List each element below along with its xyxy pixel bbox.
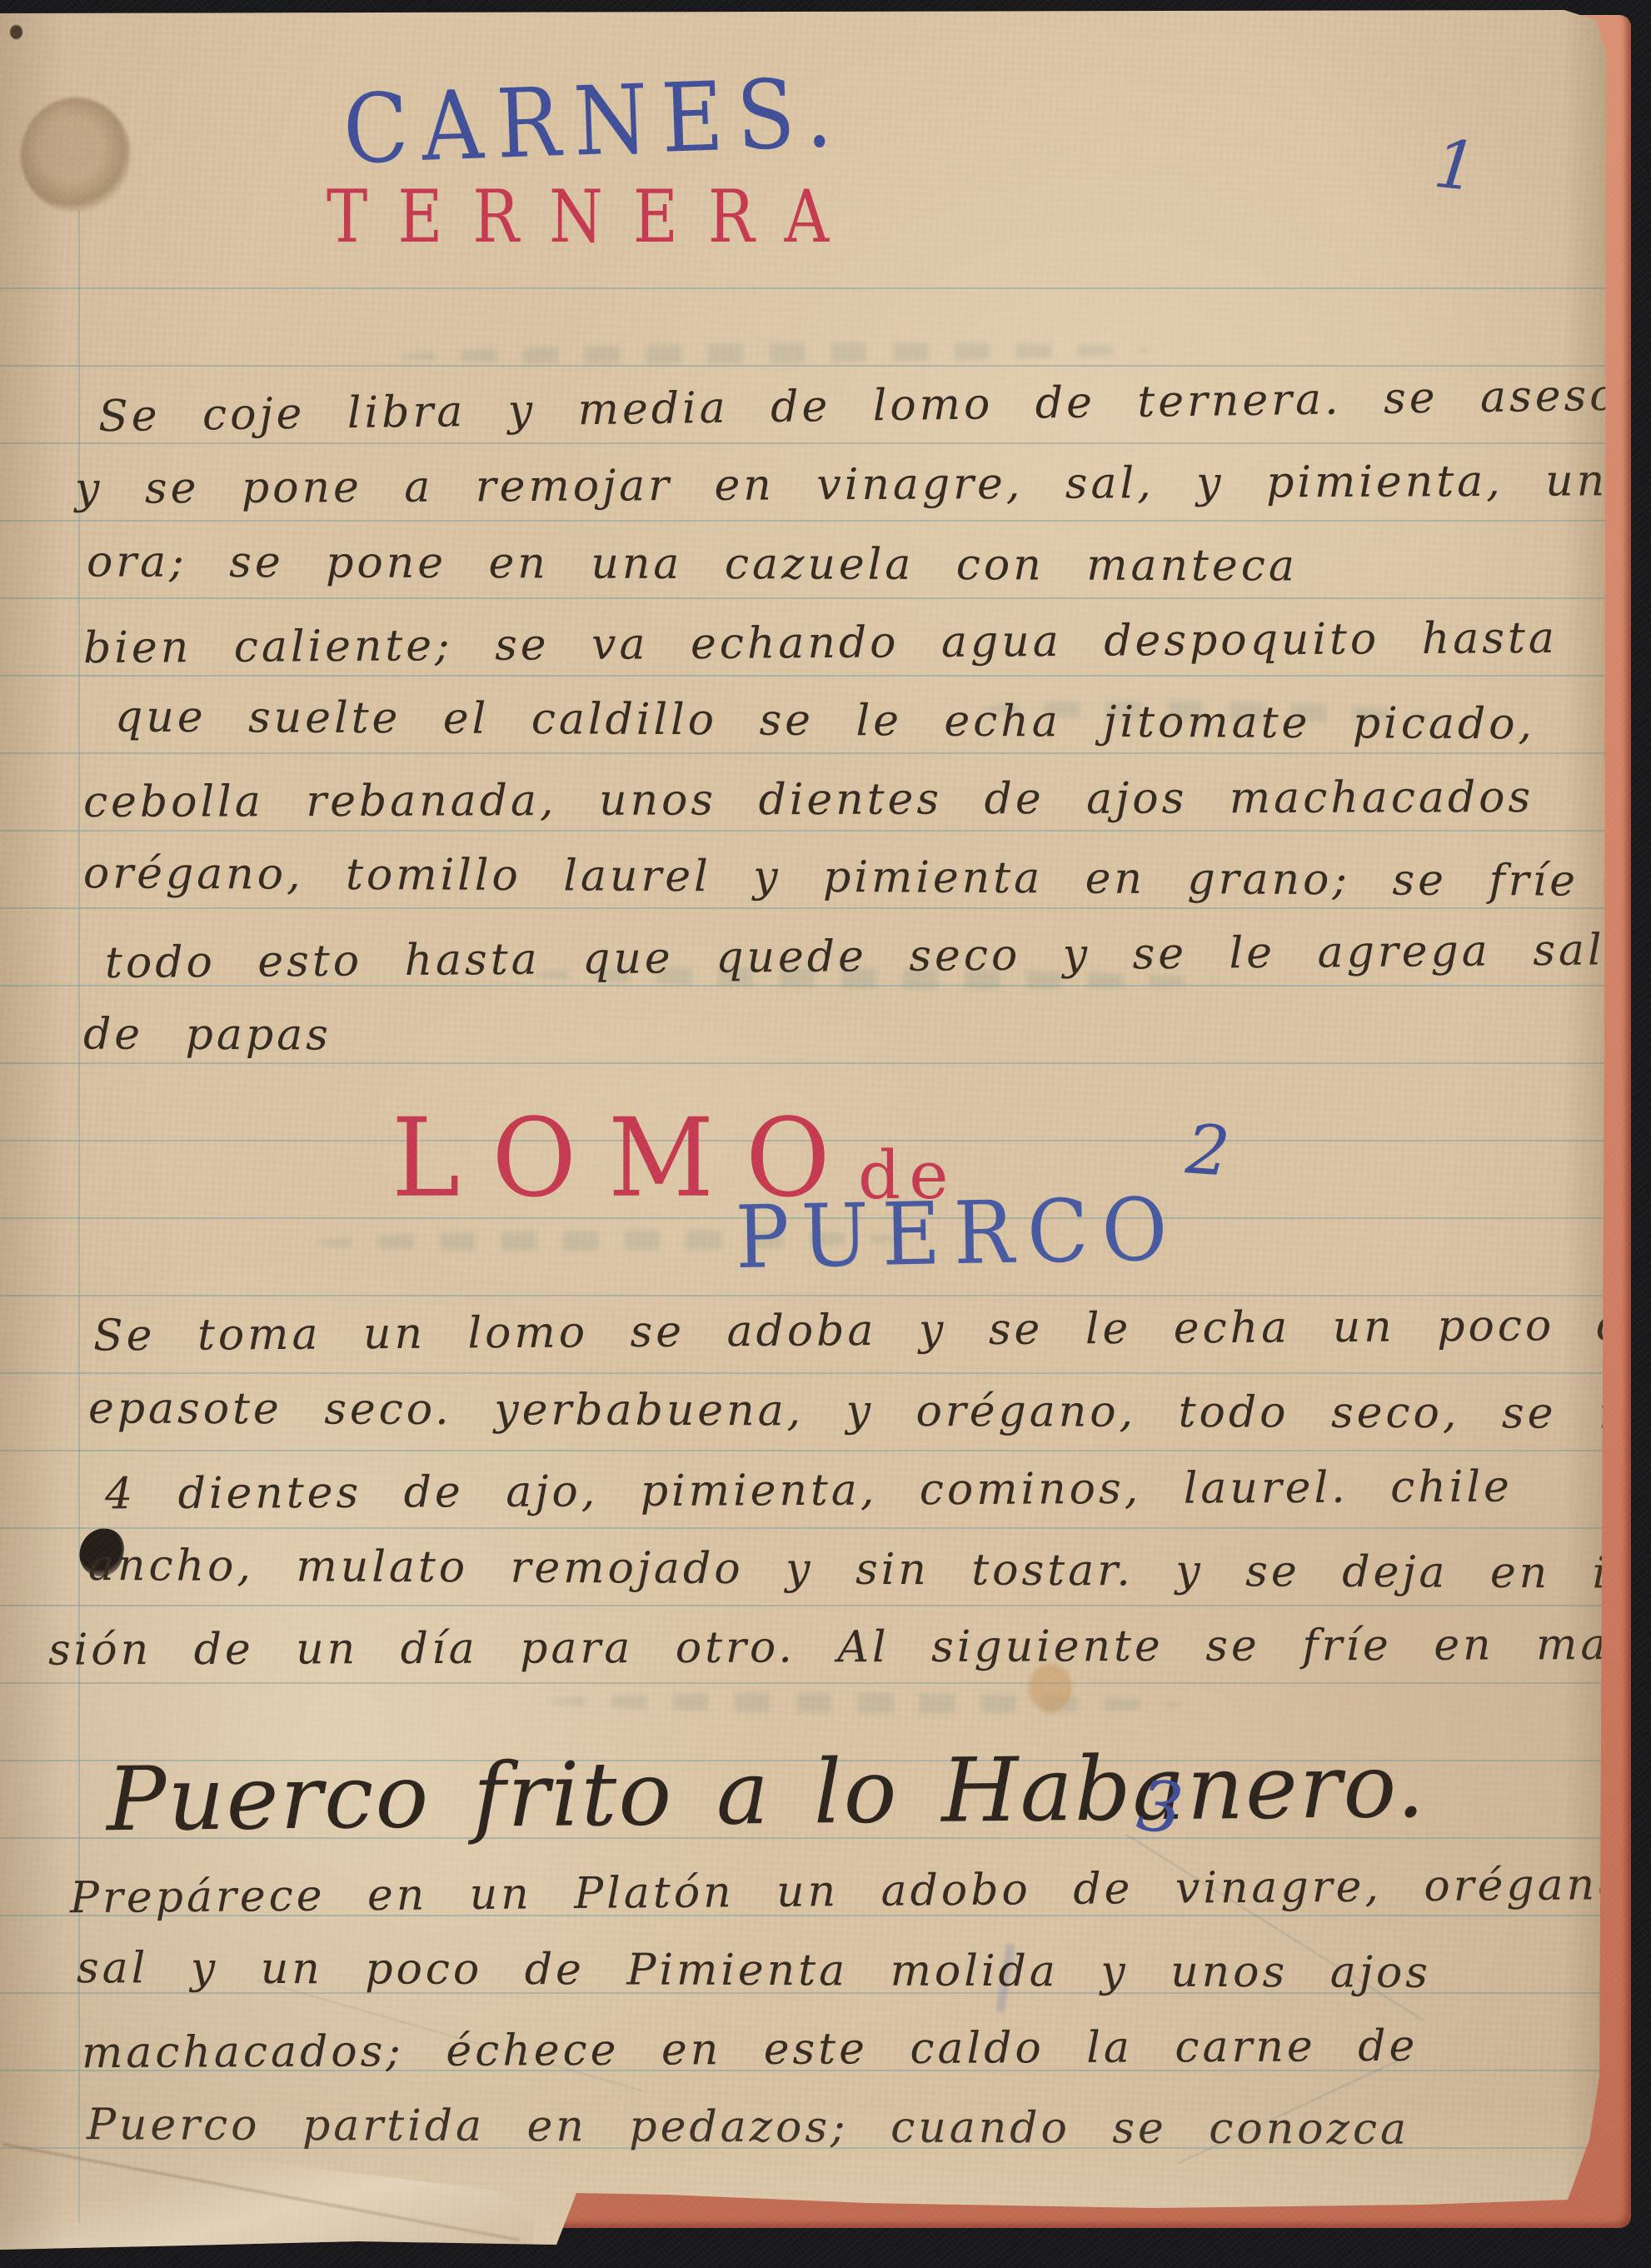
recipe-line: de papas: [83, 1007, 332, 1062]
brown-stain: [21, 97, 131, 212]
recipe-line: bien caliente; se va echando agua despoq…: [83, 612, 1558, 675]
ink-speck: [10, 25, 22, 39]
recipe-line: 4 dientes de ajo, pimienta, cominos, lau…: [105, 1461, 1513, 1521]
ink-bleedthrough: [400, 340, 1150, 367]
heading-puerco: PUERCO: [735, 1179, 1181, 1288]
recipe-line: machacados; échece en este caldo la carn…: [82, 2020, 1419, 2080]
corner-crease: [2, 2143, 519, 2241]
page-number: 1: [1430, 125, 1480, 207]
recipe-line: que suelte el caldillo se le echa jitoma…: [115, 691, 1535, 752]
recipe-line: orégano, tomillo laurel y pimienta en gr…: [83, 847, 1579, 907]
photo-background: CARNES. 1 TERNERA Se coje libra y media …: [0, 0, 1651, 2268]
recipe-line: Puerco partida en pedazos; cuando se con…: [87, 2098, 1409, 2156]
recipe-line: cebolla rebanada, unos dientes de ajos m…: [83, 771, 1534, 829]
recipe-line: sal y un poco de Pimienta molida y unos …: [77, 1941, 1431, 2000]
heading-puerco-frito-habanero: Puerco frito a lo Habanero.: [106, 1735, 1426, 1851]
page-title: CARNES.: [342, 57, 847, 186]
recipe-line: Se coje libra y media de lomo de ternera…: [98, 368, 1651, 443]
recipe-line: y se pone a remojar en vinagre, sal, y p…: [75, 454, 1637, 516]
ink-bleedthrough: [550, 1691, 1183, 1715]
recipe-line: Prepárece en un Platón un adobo de vinag…: [70, 1858, 1644, 1925]
heading-ternera: TERNERA: [327, 175, 859, 259]
manuscript-page: CARNES. 1 TERNERA Se coje libra y media …: [0, 10, 1611, 2261]
recipe-line: ora; se pone en una cazuela con manteca: [87, 535, 1298, 592]
recipe-line: sión de un día para otro. Al siguiente s…: [48, 1617, 1651, 1676]
recipe-line: todo esto hasta que quede seco y se le a…: [105, 923, 1651, 990]
section-number-2: 2: [1184, 1110, 1233, 1191]
recipe-line: epasote seco. yerbabuena, y orégano, tod…: [88, 1381, 1651, 1441]
recipe-line: Se toma un lomo se adoba y se le echa un…: [93, 1298, 1651, 1362]
recipe-line: ancho, mulato remojado y sin tostar. y s…: [88, 1539, 1651, 1601]
